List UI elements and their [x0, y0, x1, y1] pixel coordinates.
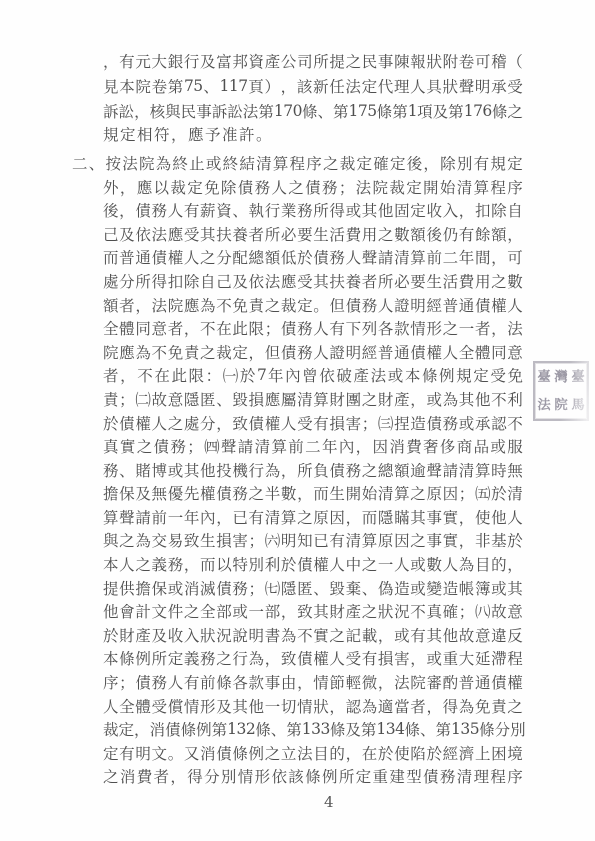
- page-number: 4: [299, 793, 359, 811]
- paragraph-item1-continuation: ，有元大銀行及富邦資產公司所提之民事陳報狀附卷可稽（見本院卷第75、117頁），…: [103, 49, 523, 148]
- text-line: 提供擔保或消滅債務；㈦隱匿、毀棄、偽造或變造帳簿或其: [103, 576, 523, 600]
- seal-character: 馬: [572, 398, 585, 411]
- text-line: 訴訟，核與民事訴訟法第170條、第175條第1項及第176條之: [103, 99, 523, 124]
- seal-character: 法: [537, 398, 550, 411]
- text-line: 本人之義務，而以特別利於債權人中之一人或數人為目的，: [103, 552, 523, 576]
- text-line: 外，應以裁定免除債務人之債務；法院裁定開始清算程序: [103, 175, 523, 199]
- text-line: 本條例所定義務之行為，致債權人受有損害，或重大延滯程: [103, 647, 523, 671]
- text-line: 與之為交易致生損害；㈥明知已有清算原因之事實，非基於: [103, 529, 523, 553]
- text-line: 人全體受償情形及其他一切情狀，認為適當者，得為免責之: [103, 694, 523, 718]
- text-line: 責；㈡故意隱匿、毀損應屬清算財團之財產，或為其他不利: [103, 387, 523, 411]
- text-line: 真實之債務；㈣聲請清算前二年內，因消費奢侈商品或服: [103, 434, 523, 458]
- text-line: 全體同意者，不在此限；債務人有下列各款情形之一者，法: [103, 316, 523, 340]
- text-line: 擔保及無優先權債務之半數，而生開始清算之原因；㈤於清: [103, 482, 523, 506]
- text-line: 裁定，消債條例第132條、第133條及第134條、第135條分別: [103, 717, 523, 741]
- text-line: 於財產及收入狀況說明書為不實之記載，或有其他故意違反: [103, 623, 523, 647]
- text-line: 二、按法院為終止或終結清算程序之裁定確定後，除別有規定: [72, 151, 523, 175]
- text-line: 務、賭博或其他投機行為，所負債務之總額逾聲請清算時無: [103, 458, 523, 482]
- seal-character: 臺: [572, 370, 585, 383]
- text-line: 額者，法院應為不免責之裁定。但債務人證明經普通債權人: [103, 293, 523, 317]
- seal-character: 臺: [537, 370, 550, 383]
- text-line: 者，不在此限：㈠於7年內曾依破產法或本條例規定受免: [103, 364, 523, 388]
- text-line: 而普通債權人之分配總額低於債務人聲請清算前二年間，可: [103, 246, 523, 270]
- text-line: 處分所得扣除自己及依法應受其扶養者所必要生活費用之數: [103, 269, 523, 293]
- text-line: 後，債務人有薪資、執行業務所得或其他固定收入，扣除自: [103, 198, 523, 222]
- text-line: 己及依法應受其扶養者所必要生活費用之數額後仍有餘額，: [103, 222, 523, 246]
- seal-character: 院: [554, 398, 567, 411]
- main-text: ，有元大銀行及富邦資產公司所提之民事陳報狀附卷可稽（見本院卷第75、117頁），…: [103, 49, 523, 788]
- seal-character: 灣: [554, 370, 567, 383]
- scanned-judgment-page: ，有元大銀行及富邦資產公司所提之民事陳報狀附卷可稽（見本院卷第75、117頁），…: [0, 0, 595, 841]
- text-line: 於債權人之處分，致債權人受有損害；㈢捏造債務或承認不: [103, 411, 523, 435]
- paragraph-item-2: 二、按法院為終止或終結清算程序之裁定確定後，除別有規定外，應以裁定免除債務人之債…: [103, 151, 523, 788]
- text-line: 他會計文件之全部或一部，致其財產之狀況不真確；㈧故意: [103, 599, 523, 623]
- text-line: 之消費者，得分別情形依該條例所定重建型債務清理程序: [103, 765, 523, 789]
- text-line: 規定相符，應予准許。: [103, 123, 523, 148]
- text-line: 算聲請前一年內，已有清算之原因，而隱瞞其事實，使他人: [103, 505, 523, 529]
- text-line: 見本院卷第75、117頁），該新任法定代理人具狀聲明承受: [103, 74, 523, 99]
- text-line: 序；債務人有前條各款事由，情節輕微，法院審酌普通債權: [103, 670, 523, 694]
- text-line: ，有元大銀行及富邦資產公司所提之民事陳報狀附卷可稽（: [103, 49, 523, 74]
- text-line: 定有明文。又消債條例之立法目的，在於使陷於經濟上困境: [103, 741, 523, 765]
- court-seal: 臺 灣 臺 法 院 馬: [533, 361, 589, 421]
- text-line: 院應為不免責之裁定，但債務人證明經普通債權人全體同意: [103, 340, 523, 364]
